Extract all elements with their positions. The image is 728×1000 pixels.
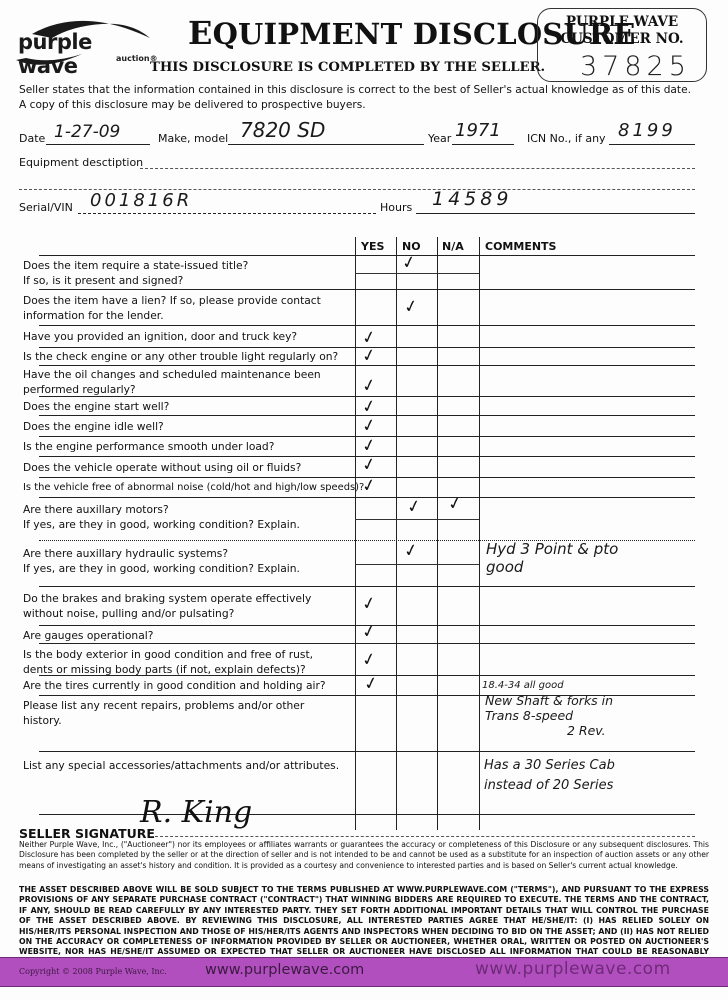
serial-field-line xyxy=(78,213,376,214)
copyright: Copyright © 2008 Purple Wave, Inc. xyxy=(19,967,167,976)
intro-statement: Seller states that the information conta… xyxy=(19,83,719,113)
equipment-description-label: Equipment desctiption xyxy=(19,156,143,169)
hours-field[interactable]: 14589 xyxy=(432,188,512,210)
row-divider xyxy=(39,643,695,644)
column-header-no: NO xyxy=(402,240,421,253)
cell-subdivider xyxy=(355,519,479,520)
question-keys: Have you provided an ignition, door and … xyxy=(23,329,297,344)
icn-field[interactable]: 8199 xyxy=(618,120,676,141)
question-auxiliary-hydraulics: Are there auxillary hydraulic systems?If… xyxy=(23,546,300,576)
equipment-description-field[interactable] xyxy=(140,168,695,169)
checkbox-yes-brakes[interactable]: ✓ xyxy=(360,593,378,616)
seller-signature-label: SELLER SIGNATURE xyxy=(19,826,155,841)
question-accessories: List any special accessories/attachments… xyxy=(23,758,339,773)
row-divider xyxy=(39,751,695,752)
question-title-required: Does the item require a state-issued tit… xyxy=(23,258,248,288)
question-brakes: Do the brakes and braking system operate… xyxy=(23,591,311,621)
date-field-line xyxy=(46,144,150,145)
seller-signature[interactable]: R. King xyxy=(140,795,252,830)
column-header-yes: YES xyxy=(361,240,384,253)
row-divider xyxy=(39,586,695,587)
customer-number-value: 37825 xyxy=(580,51,691,82)
row-divider xyxy=(39,814,695,815)
row-divider xyxy=(39,255,695,256)
icn-field-line xyxy=(609,144,695,145)
year-label: Year xyxy=(428,132,451,145)
year-field-line xyxy=(452,144,514,145)
purple-wave-logo: purple wave auction® xyxy=(12,14,152,66)
cell-subdivider xyxy=(355,564,479,565)
comment-recent-repairs[interactable]: New Shaft & forks inTrans 8-speed2 Rev. xyxy=(485,693,613,738)
question-trouble-light: Is the check engine or any other trouble… xyxy=(23,349,338,364)
disclaimer-text: Neither Purple Wave, Inc., ("Auctioneer"… xyxy=(19,840,709,871)
checkbox-yes-tires[interactable]: ✓ xyxy=(362,673,380,696)
year-field[interactable]: 1971 xyxy=(455,120,501,141)
terms-text: THE ASSET DESCRIBED ABOVE WILL BE SOLD S… xyxy=(19,885,709,968)
checkbox-yes-oil-fluids[interactable]: ✓ xyxy=(360,454,378,477)
question-tires: Are the tires currently in good conditio… xyxy=(23,678,326,693)
question-engine-performance: Is the engine performance smooth under l… xyxy=(23,439,274,454)
checkbox-yes-trouble-light[interactable]: ✓ xyxy=(360,345,378,368)
make-model-field[interactable]: 7820 SD xyxy=(240,118,325,142)
checkbox-yes-engine-idle[interactable]: ✓ xyxy=(360,415,378,438)
checkbox-no-lien[interactable]: ✓ xyxy=(402,296,420,319)
date-field[interactable]: 1-27-09 xyxy=(54,122,120,142)
comment-aux-hydraulics[interactable]: Hyd 3 Point & ptogood xyxy=(486,540,618,576)
icn-label: ICN No., if any xyxy=(527,132,606,145)
website-link[interactable]: www.purplewave.com xyxy=(205,962,364,978)
question-body-exterior: Is the body exterior in good condition a… xyxy=(23,647,313,677)
checkbox-yes-body[interactable]: ✓ xyxy=(360,649,378,672)
footer-band: Copyright © 2008 Purple Wave, Inc. www.p… xyxy=(0,957,728,987)
customer-number-box: PURPLE WAVE CUSTOMER NO. 37825 xyxy=(537,8,707,82)
row-divider xyxy=(39,289,695,290)
checkbox-yes-noise[interactable]: ✓ xyxy=(360,475,378,498)
hours-field-line xyxy=(416,213,695,214)
serial-label: Serial/VIN xyxy=(19,201,73,214)
question-lien: Does the item have a lien? If so, please… xyxy=(23,293,321,323)
question-oil-changes: Have the oil changes and scheduled maint… xyxy=(23,367,321,397)
question-oil-fluids: Does the vehicle operate without using o… xyxy=(23,460,301,475)
checkbox-no-aux-hydraulics[interactable]: ✓ xyxy=(402,540,420,563)
signature-line xyxy=(150,836,695,837)
question-engine-start: Does the engine start well? xyxy=(23,399,169,414)
page-subtitle: THIS DISCLOSURE IS COMPLETED BY THE SELL… xyxy=(150,60,545,75)
make-model-field-line xyxy=(228,144,424,145)
row-divider xyxy=(39,325,695,326)
hours-label: Hours xyxy=(380,201,412,214)
question-abnormal-noise: Is the vehicle free of abnormal noise (c… xyxy=(23,480,364,495)
row-divider xyxy=(39,497,695,498)
question-recent-repairs: Please list any recent repairs, problems… xyxy=(23,698,304,728)
checkbox-no-aux-motors[interactable]: ✓ xyxy=(405,496,423,519)
checkbox-yes-oil-changes[interactable]: ✓ xyxy=(360,375,378,398)
question-gauges: Are gauges operational? xyxy=(23,628,153,643)
make-model-label: Make, model xyxy=(158,132,228,145)
column-header-na: N/A xyxy=(442,240,464,253)
question-auxiliary-motors: Are there auxillary motors?If yes, are t… xyxy=(23,502,300,532)
customer-number-label: PURPLE WAVE CUSTOMER NO. xyxy=(538,14,706,48)
column-header-comments: COMMENTS xyxy=(485,240,556,253)
cell-subdivider xyxy=(355,273,479,274)
serial-field[interactable]: 001816R xyxy=(90,190,192,211)
comment-accessories[interactable]: Has a 30 Series Cabinstead of 20 Series xyxy=(484,756,615,796)
question-engine-idle: Does the engine idle well? xyxy=(23,419,164,434)
date-label: Date xyxy=(19,132,45,145)
website-watermark: www.purplewave.com xyxy=(475,959,671,979)
